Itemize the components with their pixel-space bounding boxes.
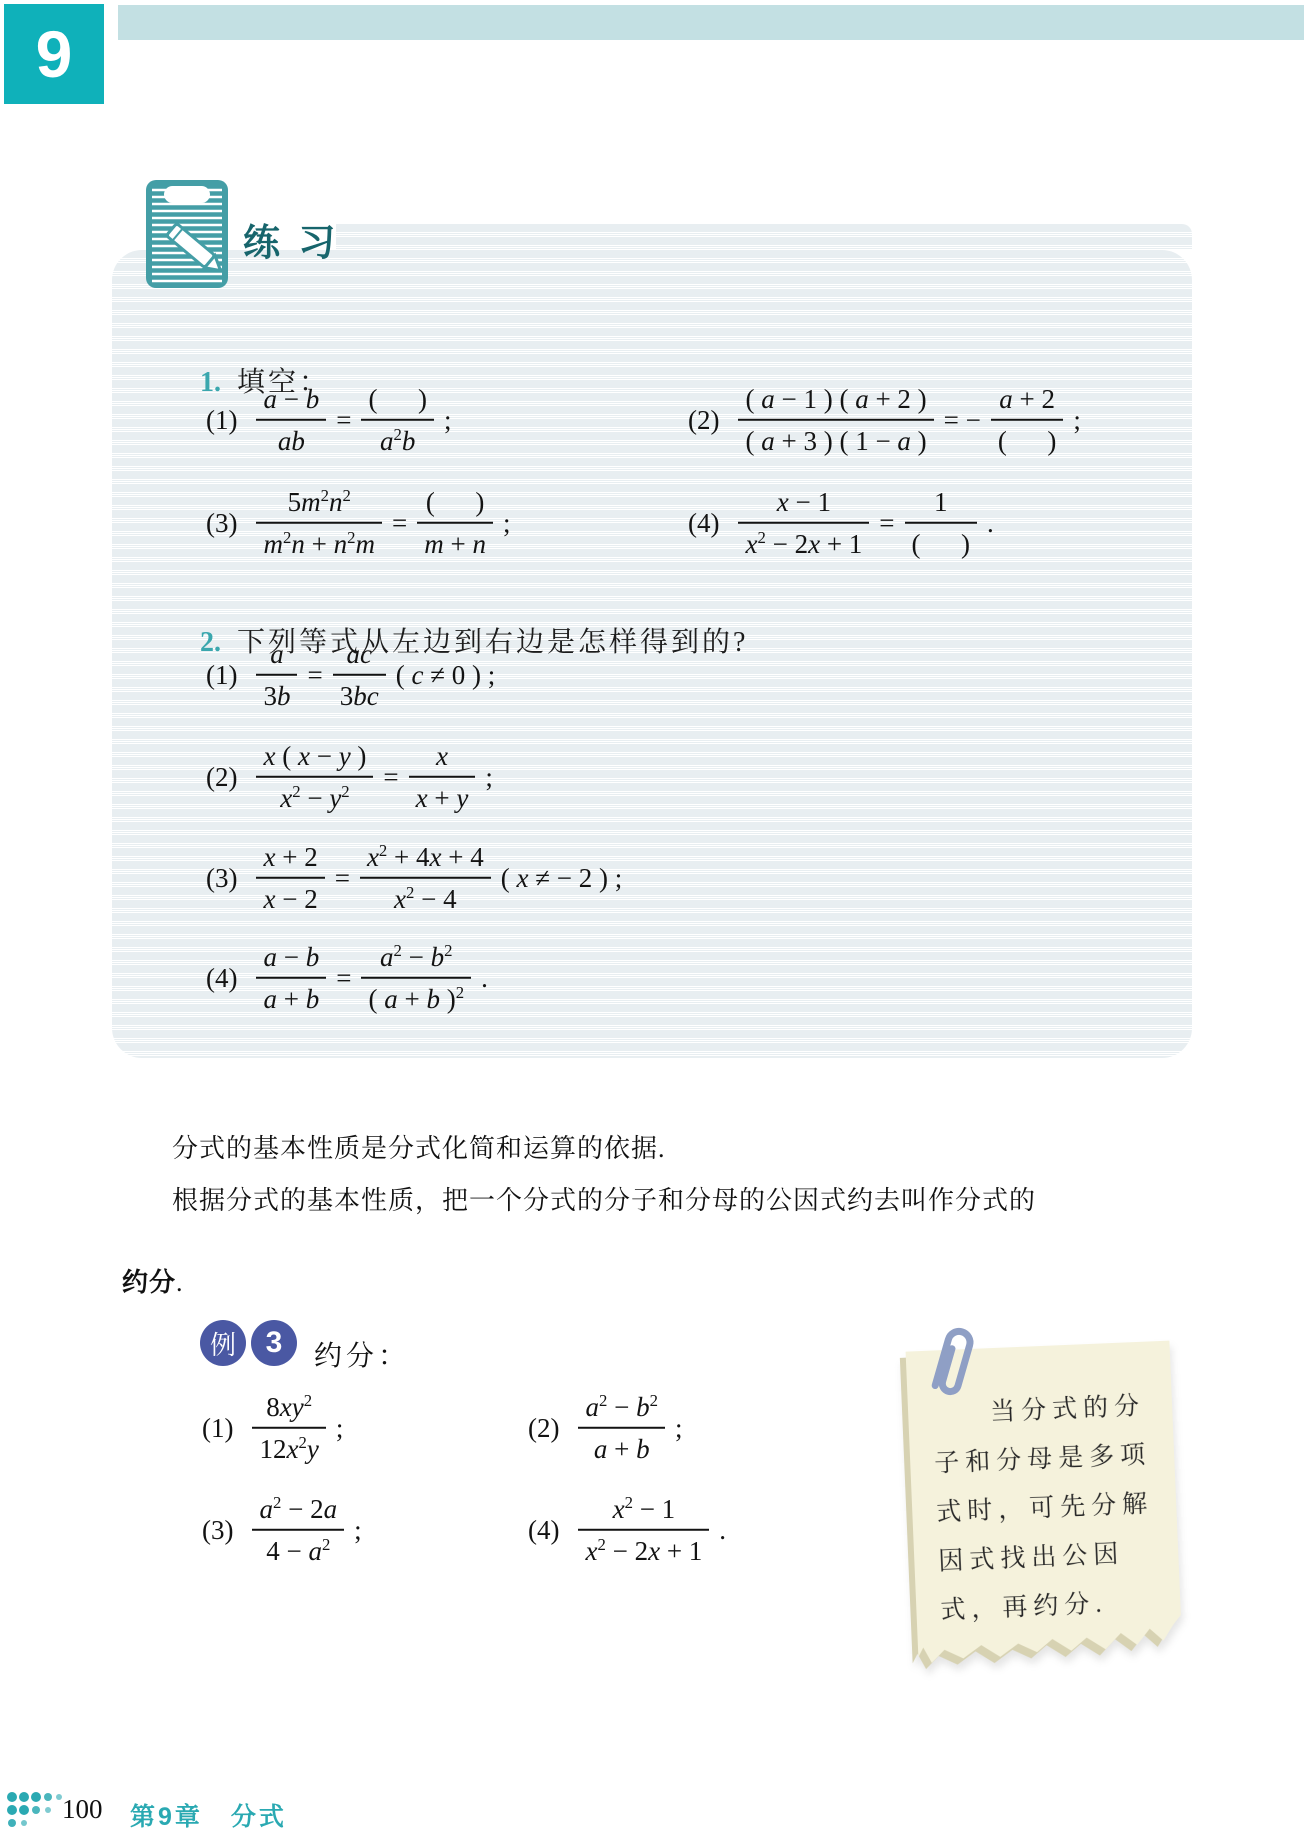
term-yuefen-period: . — [176, 1268, 184, 1297]
example-badge-circle: 例 — [200, 1320, 246, 1366]
problem-label: (4) — [688, 508, 719, 539]
fraction: x2 + 4x + 4x2 − 4 — [360, 842, 491, 914]
fraction: a − bab — [256, 384, 326, 456]
fraction: 8xy212x2y — [252, 1392, 325, 1464]
fraction: a2 − b2( a + b )2 — [361, 942, 471, 1014]
practice-title-stripe-band — [336, 224, 1192, 250]
example3-problem3: (3)a2 − 2a4 − a2; — [202, 1494, 365, 1566]
exercise1-problem2: (2)( a − 1 ) ( a + 2 )( a + 3 ) ( 1 − a … — [688, 384, 1084, 456]
math-text: ( x ≠ − 2 ) ; — [501, 863, 623, 894]
header-bar — [118, 5, 1304, 40]
exercise1-problem3: (3)5m2n2m2n + n2m=( )m + n; — [206, 487, 513, 559]
page-number: 100 — [62, 1794, 103, 1825]
body-paragraph-1: 分式的基本性质是分式化简和运算的依据. — [172, 1128, 666, 1165]
problem-label: (3) — [206, 863, 237, 894]
body-paragraph-3: 约分. — [92, 1232, 184, 1329]
math-text: = − — [944, 405, 981, 436]
footer-chapter-label: 第9章 分式 — [130, 1797, 287, 1833]
math-text: ( c ≠ 0 ) ; — [396, 660, 496, 691]
math-text: ; — [485, 762, 493, 793]
fraction: ( )a2b — [361, 384, 433, 456]
math-text: ; — [503, 508, 511, 539]
math-text: ; — [1073, 405, 1081, 436]
math-text: = — [336, 963, 351, 994]
fraction: a2 − b2a + b — [578, 1392, 664, 1464]
footer-dots-decoration — [4, 1790, 66, 1834]
fraction: 5m2n2m2n + n2m — [256, 487, 381, 559]
fraction: x ( x − y )x2 − y2 — [256, 741, 373, 813]
math-text: ; — [336, 1413, 344, 1444]
problem-label: (3) — [202, 1515, 233, 1546]
note-line: 式，再约分. — [939, 1577, 1165, 1635]
math-text: . — [481, 963, 488, 994]
example3-prompt: 约分： — [314, 1334, 410, 1374]
body-paragraph-2: 根据分式的基本性质，把一个分式的分子和分母的公因式约去叫作分式的 — [172, 1180, 1036, 1217]
math-text: ; — [444, 405, 452, 436]
term-yuefen: 约分 — [122, 1267, 176, 1297]
fraction: x + 2x − 2 — [256, 842, 324, 914]
exercise1-problem1: (1)a − bab=( )a2b; — [206, 384, 454, 456]
chapter-number-box: 9 — [4, 4, 104, 104]
example3-badge: 例 3 — [200, 1320, 297, 1366]
example-number-circle: 3 — [251, 1320, 297, 1366]
exercise2-problem3: (3)x + 2x − 2=x2 + 4x + 4x2 − 4( x ≠ − 2… — [206, 842, 625, 914]
practice-title: 练 习 — [243, 212, 339, 266]
notebook-pencil-icon — [140, 176, 240, 294]
problem-label: (2) — [206, 762, 237, 793]
example3-problem2: (2)a2 − b2a + b; — [528, 1392, 685, 1464]
math-text: = — [879, 508, 894, 539]
fraction: a2 − 2a4 − a2 — [252, 1494, 344, 1566]
fraction: 1( ) — [905, 487, 977, 559]
fraction: ( a − 1 ) ( a + 2 )( a + 3 ) ( 1 − a ) — [738, 384, 933, 456]
problem-label: (1) — [202, 1413, 233, 1444]
fraction: ( )m + n — [417, 487, 493, 559]
fraction: xx + y — [409, 741, 476, 813]
problem-label: (2) — [528, 1413, 559, 1444]
problem-label: (4) — [528, 1515, 559, 1546]
note-line: 式时，可先分解 — [935, 1479, 1161, 1537]
problem-label: (4) — [206, 963, 237, 994]
math-text: . — [719, 1515, 726, 1546]
fraction: a3b — [256, 639, 297, 711]
exercise2-problem4: (4)a − ba + b=a2 − b2( a + b )2. — [206, 942, 491, 1014]
exercise2-problem2: (2)x ( x − y )x2 − y2=xx + y; — [206, 741, 496, 813]
problem-label: (1) — [206, 405, 237, 436]
math-text: = — [307, 660, 322, 691]
math-text: . — [987, 508, 994, 539]
problem-label: (1) — [206, 660, 237, 691]
math-text: ; — [675, 1413, 683, 1444]
example3-problem4: (4)x2 − 1x2 − 2x + 1. — [528, 1494, 729, 1566]
fraction: x2 − 1x2 − 2x + 1 — [578, 1494, 709, 1566]
math-text: = — [392, 508, 407, 539]
math-text: = — [335, 863, 350, 894]
fraction: ac3bc — [333, 639, 386, 711]
math-text: ; — [354, 1515, 362, 1546]
math-text: = — [336, 405, 351, 436]
exercise2-problem1: (1)a3b=ac3bc( c ≠ 0 ) ; — [206, 639, 498, 711]
fraction: x − 1x2 − 2x + 1 — [738, 487, 869, 559]
problem-label: (3) — [206, 508, 237, 539]
fraction: a + 2( ) — [991, 384, 1063, 456]
example3-problem1: (1)8xy212x2y; — [202, 1392, 346, 1464]
chapter-number: 9 — [36, 16, 73, 92]
fraction: a − ba + b — [256, 942, 326, 1014]
problem-label: (2) — [688, 405, 719, 436]
math-text: = — [383, 762, 398, 793]
textbook-page: 9 练 习 1.填空： (1)a − bab=( )a2b; (2)( a − … — [0, 0, 1304, 1842]
exercise1-problem4: (4)x − 1x2 − 2x + 1=1( ). — [688, 487, 997, 559]
